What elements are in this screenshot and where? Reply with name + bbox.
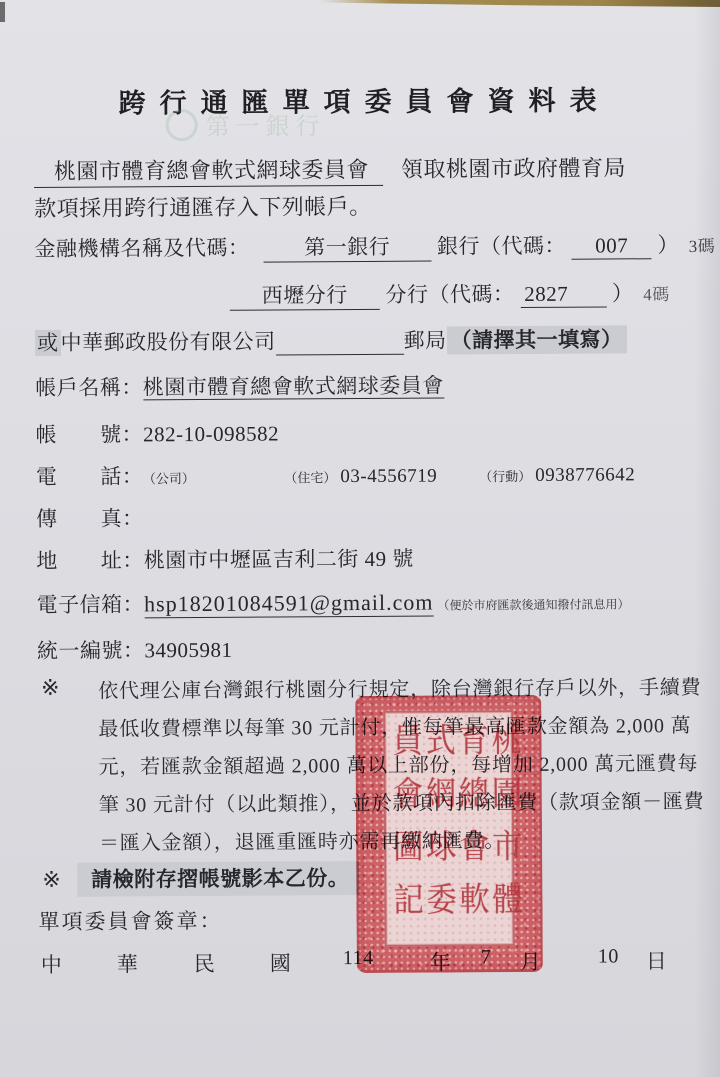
phone-company-tag: （公司） <box>149 471 195 486</box>
branch-row: 西壢分行 分行（代碼： 2827 ） 4碼 <box>230 277 670 311</box>
bank-logo-icon <box>166 108 198 140</box>
phone-mobile-value: 0938776642 <box>535 464 635 486</box>
seal-column: 式網球委 <box>422 722 454 934</box>
branch-code-value: 2827 <box>520 281 606 308</box>
date-part: 華 <box>117 948 139 978</box>
intro-line-2: 款項採用跨行通匯存入下列帳戶。 <box>34 190 372 223</box>
branch-close-paren: ） <box>612 281 634 305</box>
committee-seal-stamp: 員會圖記 式網球委 育總會軟 桃園市體 <box>355 695 543 973</box>
post-office-suffix: 郵局 <box>403 328 446 352</box>
phone-label: 電 話： <box>36 464 144 489</box>
post-office-blank-line <box>275 330 403 356</box>
phone-mobile-tag: （行動） <box>479 469 531 484</box>
bank-row: 金融機構名稱及代碼： 第一銀行 銀行（代碼： 007 ） 3碼 <box>34 229 715 264</box>
email-value: hsp18201084591@gmail.com <box>144 590 433 619</box>
post-office-or: 或 <box>35 330 61 356</box>
bank-mid-text: 銀行（代碼： <box>437 234 566 259</box>
bank-field-label: 金融機構名稱及代碼： <box>34 236 249 261</box>
date-part: 中 <box>41 949 63 979</box>
date-day: 10 <box>598 945 619 968</box>
bank-digits-note: 3碼 <box>689 237 716 256</box>
branch-digits-note: 4碼 <box>643 285 670 304</box>
ubn-row: 統一編號：34905981 <box>37 634 233 665</box>
account-number-label: 帳 號： <box>36 422 144 447</box>
account-number-row: 帳 號：282-10-098582 <box>35 417 279 448</box>
note2-text: 請檢附存摺帳號影本乙份。 <box>77 861 359 897</box>
signature-label: 單項委員會簽章： <box>38 905 222 936</box>
note1-marker: ※ <box>41 675 60 701</box>
bank-watermark: 第一銀行 <box>166 106 326 142</box>
account-name-value: 桃園市體育總會軟式網球委員會 <box>143 373 444 400</box>
seal-column: 桃園市體 <box>488 722 520 934</box>
ubn-label: 統一編號： <box>37 638 145 663</box>
branch-name-value: 西壢分行 <box>230 279 380 311</box>
date-part: 日 <box>646 945 668 975</box>
intro-after-text: 領取桃園市政府體育局 <box>401 155 626 181</box>
date-part: 民 <box>194 948 216 978</box>
scanned-form-sheet: 跨行通匯單項委員會資料表 第一銀行 桃園市體育總會軟式網球委員會 領取桃園市政府… <box>0 0 720 1077</box>
phone-home-value: 03-4556719 <box>340 466 437 488</box>
phone-row: 電 話：（公司）（住宅）03-4556719（行動）0938776642 <box>36 457 636 491</box>
address-value: 桃園市中壢區吉利二街 49 號 <box>144 547 414 573</box>
committee-seal-inscription: 員會圖記 式網球委 育總會軟 桃園市體 <box>383 710 514 947</box>
post-office-row: 或中華郵政股份有限公司郵局（請擇其一填寫） <box>35 323 627 357</box>
seal-column: 育總會軟 <box>455 722 487 934</box>
date-part: 國 <box>270 947 292 977</box>
bank-code-value: 007 <box>572 233 652 259</box>
note2-row: ※請檢附存摺帳號影本乙份。 <box>42 862 359 894</box>
branch-mid-text: 分行（代碼： <box>385 282 514 307</box>
phone-home-tag: （住宅） <box>291 470 337 485</box>
post-office-company: 中華郵政股份有限公司 <box>60 330 275 355</box>
form-title: 跨行通匯單項委員會資料表 <box>0 78 718 121</box>
email-note: （便於市府匯款後通知撥付訊息用） <box>437 597 629 612</box>
account-name-label: 帳戶名稱： <box>35 375 143 400</box>
email-row: 電子信箱：hsp18201084591@gmail.com（便於市府匯款後通知撥… <box>37 585 630 619</box>
bank-watermark-text: 第一銀行 <box>206 106 326 142</box>
intro-line-1: 桃園市體育總會軟式網球委員會 領取桃園市政府體育局 <box>34 151 626 188</box>
account-name-row: 帳戶名稱：桃園市體育總會軟式網球委員會 <box>35 369 444 401</box>
email-label: 電子信箱： <box>37 592 145 617</box>
bank-name-value: 第一銀行 <box>263 231 431 263</box>
fax-row: 傳 真： <box>36 502 144 533</box>
choose-one-note: （請擇其一填寫） <box>446 325 626 354</box>
ubn-value: 34905981 <box>144 638 232 663</box>
seal-column: 員會圖記 <box>389 723 421 935</box>
address-row: 地 址：桃園市中壢區吉利二街 49 號 <box>36 543 414 575</box>
address-label: 地 址： <box>36 548 144 573</box>
payee-organization-name: 桃園市體育總會軟式網球委員會 <box>34 153 383 188</box>
bank-close-paren: ） <box>657 233 679 257</box>
note2-marker: ※ <box>42 867 61 892</box>
account-number-value: 282-10-098582 <box>143 421 279 446</box>
